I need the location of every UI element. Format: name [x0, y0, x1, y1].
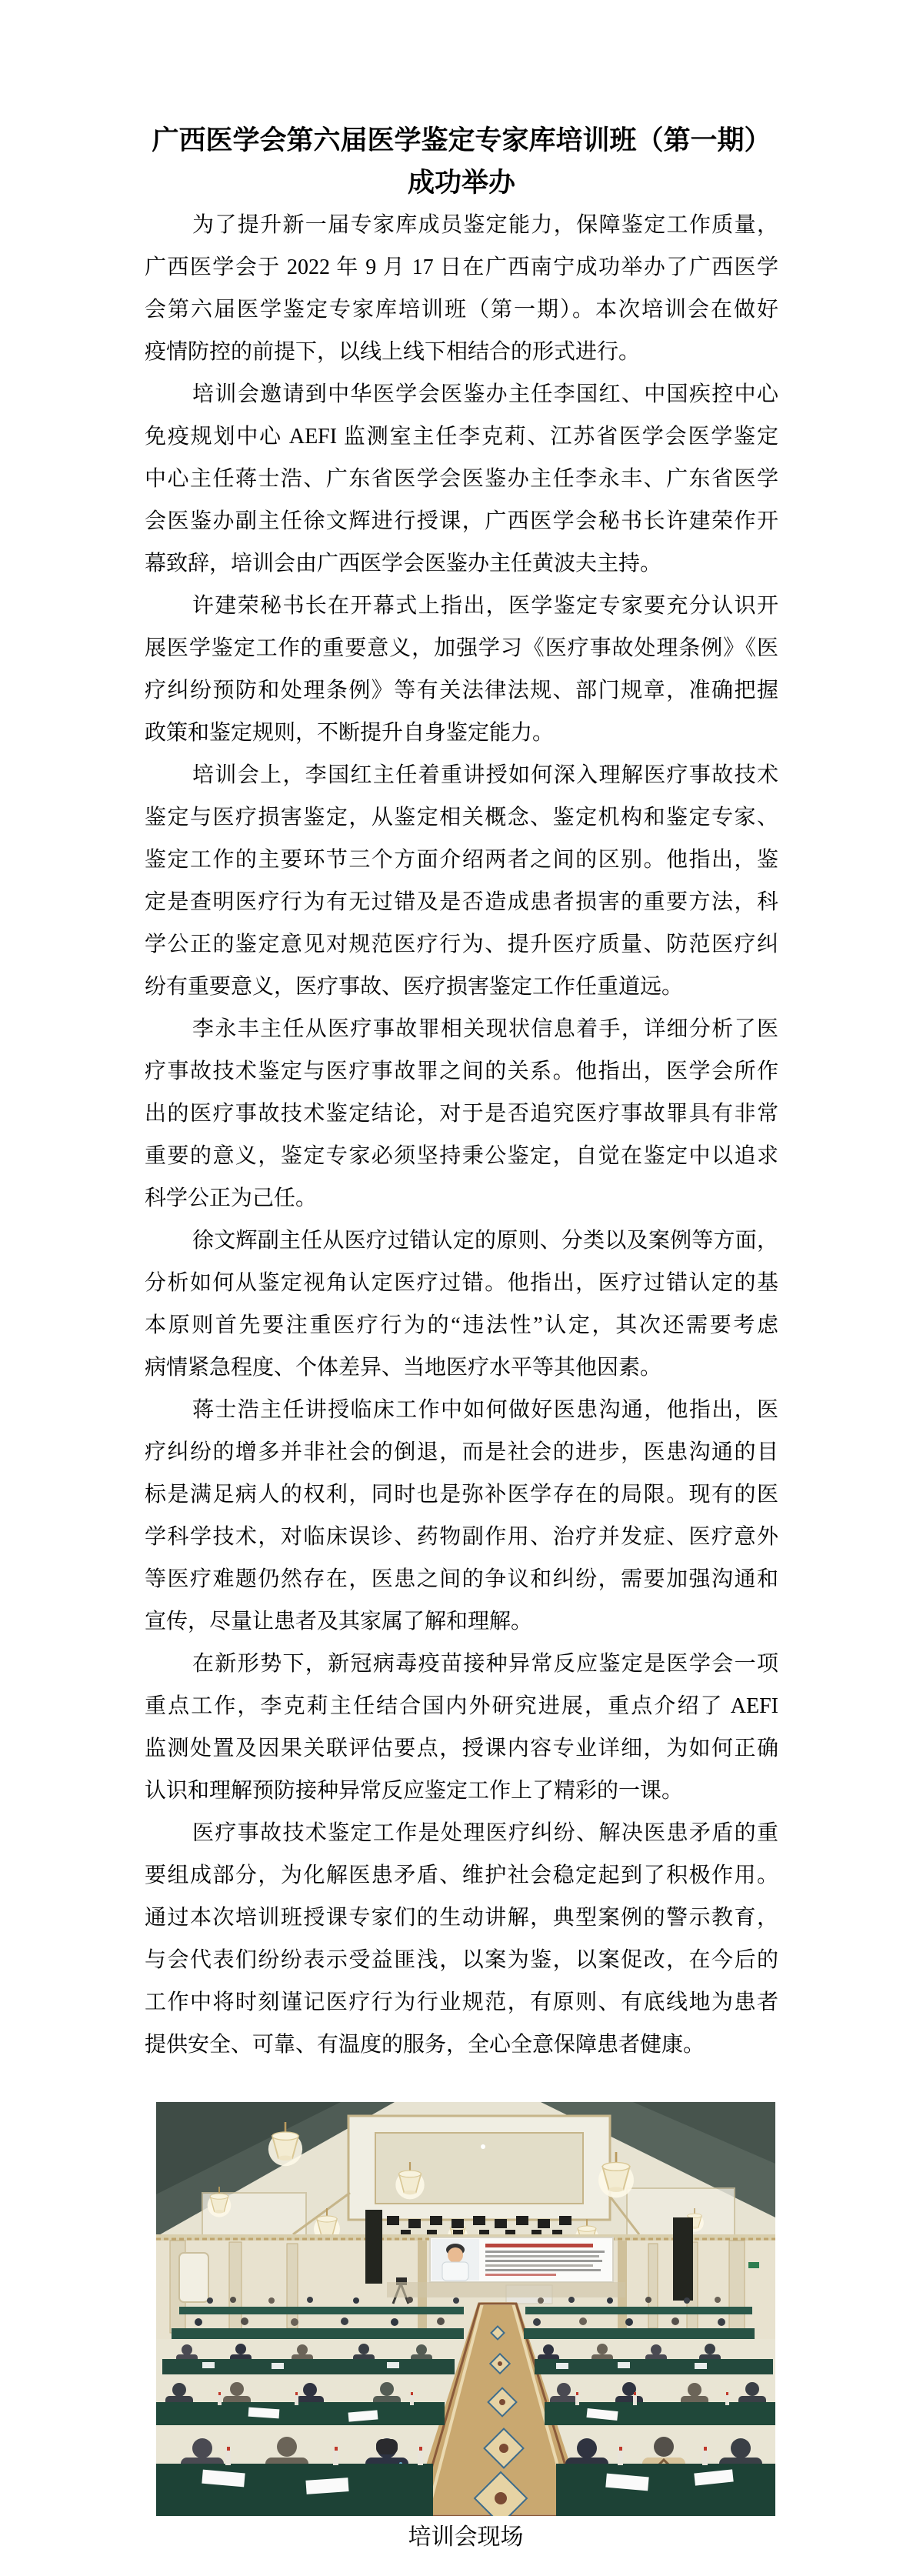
article: 广西医学会第六届医学鉴定专家库培训班（第一期）成功举办 为了提升新一届专家库成员… — [0, 0, 923, 2558]
text-line: 本原则首先要注重医疗行为的“违法性”认定，其次还需要考虑 — [145, 1304, 778, 1346]
text-line: 为了提升新一届专家库成员鉴定能力，保障鉴定工作质量， — [145, 204, 778, 246]
paragraph: 许建荣秘书长在开幕式上指出，医学鉴定专家要充分认识开展医学鉴定工作的重要意义，加… — [145, 585, 778, 754]
text-line: 重点工作，李克莉主任结合国内外研究进展，重点介绍了 AEFI — [145, 1685, 778, 1727]
text-line: 广西医学会于 2022 年 9 月 17 日在广西南宁成功举办了广西医学 — [145, 246, 778, 289]
text-line: 政策和鉴定规则，不断提升自身鉴定能力。 — [145, 712, 778, 754]
text-line: 监测处置及因果关联评估要点，授课内容专业详细，为如何正确 — [145, 1727, 778, 1770]
photo-caption: 培训会现场 — [156, 2516, 775, 2558]
text-line: 李永丰主任从医疗事故罪相关现状信息着手，详细分析了医 — [145, 1008, 778, 1050]
text-line: 鉴定工作的主要环节三个方面介绍两者之间的区别。他指出，鉴 — [145, 839, 778, 881]
article-body: 为了提升新一届专家库成员鉴定能力，保障鉴定工作质量，广西医学会于 2022 年 … — [145, 204, 778, 2066]
text-line: 幕致辞，培训会由广西医学会医鉴办主任黄波夫主持。 — [145, 542, 778, 585]
text-line: 展医学鉴定工作的重要意义，加强学习《医疗事故处理条例》《医 — [145, 627, 778, 669]
text-line: 学科学技术，对临床误诊、药物副作用、治疗并发症、医疗意外 — [145, 1516, 778, 1558]
text-line: 与会代表们纷纷表示受益匪浅，以案为鉴，以案促改，在今后的 — [145, 1939, 778, 1981]
text-line: 中心主任蒋士浩、广东省医学会医鉴办主任李永丰、广东省医学 — [145, 458, 778, 500]
text-line: 病情紧急程度、个体差异、当地医疗水平等其他因素。 — [145, 1346, 778, 1389]
text-line: 定是查明医疗行为有无过错及是否造成患者损害的重要方法，科 — [145, 881, 778, 923]
photo-figure: 培训会现场 — [156, 2102, 775, 2558]
text-line: 培训会邀请到中华医学会医鉴办主任李国红、中国疾控中心 — [145, 373, 778, 415]
text-line: 会第六届医学鉴定专家库培训班（第一期）。本次培训会在做好 — [145, 289, 778, 331]
text-line: 提供安全、可靠、有温度的服务，全心全意保障患者健康。 — [145, 2024, 778, 2066]
text-line: 医疗事故技术鉴定工作是处理医疗纠纷、解决医患矛盾的重 — [145, 1812, 778, 1854]
paragraph: 在新形势下，新冠病毒疫苗接种异常反应鉴定是医学会一项重点工作，李克莉主任结合国内… — [145, 1643, 778, 1812]
text-line: 鉴定与医疗损害鉴定，从鉴定相关概念、鉴定机构和鉴定专家、 — [145, 796, 778, 839]
text-line: 认识和理解预防接种异常反应鉴定工作上了精彩的一课。 — [145, 1770, 778, 1812]
text-line: 学公正的鉴定意见对规范医疗行为、提升医疗质量、防范医疗纠 — [145, 923, 778, 966]
text-line: 徐文辉副主任从医疗过错认定的原则、分类以及案例等方面， — [145, 1220, 778, 1262]
text-line: 许建荣秘书长在开幕式上指出，医学鉴定专家要充分认识开 — [145, 585, 778, 627]
conference-photo — [156, 2102, 775, 2516]
page-title: 广西医学会第六届医学鉴定专家库培训班（第一期）成功举办 — [145, 119, 778, 204]
paragraph: 李永丰主任从医疗事故罪相关现状信息着手，详细分析了医疗事故技术鉴定与医疗事故罪之… — [145, 1008, 778, 1220]
paragraph: 为了提升新一届专家库成员鉴定能力，保障鉴定工作质量，广西医学会于 2022 年 … — [145, 204, 778, 373]
text-line: 培训会上，李国红主任着重讲授如何深入理解医疗事故技术 — [145, 754, 778, 796]
title-line: 广西医学会第六届医学鉴定专家库培训班（第一期） — [145, 119, 778, 162]
text-line: 科学公正为己任。 — [145, 1177, 778, 1220]
text-line: 免疫规划中心 AEFI 监测室主任李克莉、江苏省医学会医学鉴定 — [145, 415, 778, 458]
text-line: 要组成部分，为化解医患矛盾、维护社会稳定起到了积极作用。 — [145, 1854, 778, 1897]
text-line: 重要的意义，鉴定专家必须坚持秉公鉴定，自觉在鉴定中以追求 — [145, 1135, 778, 1177]
paragraph: 培训会邀请到中华医学会医鉴办主任李国红、中国疾控中心免疫规划中心 AEFI 监测… — [145, 373, 778, 585]
text-line: 等医疗难题仍然存在，医患之间的争议和纠纷，需要加强沟通和 — [145, 1558, 778, 1600]
text-line: 会医鉴办副主任徐文辉进行授课，广西医学会秘书长许建荣作开 — [145, 500, 778, 542]
paragraph: 徐文辉副主任从医疗过错认定的原则、分类以及案例等方面，分析如何从鉴定视角认定医疗… — [145, 1220, 778, 1389]
training-photo-illustration — [156, 2102, 775, 2516]
text-line: 疗纠纷的增多并非社会的倒退，而是社会的进步，医患沟通的目 — [145, 1431, 778, 1473]
paragraph: 蒋士浩主任讲授临床工作中如何做好医患沟通，他指出，医疗纠纷的增多并非社会的倒退，… — [145, 1389, 778, 1643]
paragraph: 医疗事故技术鉴定工作是处理医疗纠纷、解决医患矛盾的重要组成部分，为化解医患矛盾、… — [145, 1812, 778, 2066]
text-line: 在新形势下，新冠病毒疫苗接种异常反应鉴定是医学会一项 — [145, 1643, 778, 1685]
text-line: 通过本次培训班授课专家们的生动讲解，典型案例的警示教育， — [145, 1897, 778, 1939]
text-line: 蒋士浩主任讲授临床工作中如何做好医患沟通，他指出，医 — [145, 1389, 778, 1431]
text-line: 出的医疗事故技术鉴定结论，对于是否追究医疗事故罪具有非常 — [145, 1093, 778, 1135]
text-line: 疗事故技术鉴定与医疗事故罪之间的关系。他指出，医学会所作 — [145, 1050, 778, 1093]
text-line: 分析如何从鉴定视角认定医疗过错。他指出，医疗过错认定的基 — [145, 1262, 778, 1304]
text-line: 疫情防控的前提下，以线上线下相结合的形式进行。 — [145, 331, 778, 373]
text-line: 工作中将时刻谨记医疗行为行业规范，有原则、有底线地为患者 — [145, 1981, 778, 2024]
text-line: 标是满足病人的权利，同时也是弥补医学存在的局限。现有的医 — [145, 1473, 778, 1516]
text-line: 纷有重要意义，医疗事故、医疗损害鉴定工作任重道远。 — [145, 966, 778, 1008]
text-line: 疗纠纷预防和处理条例》等有关法律法规、部门规章，准确把握 — [145, 669, 778, 712]
document-page: 广西医学会第六届医学鉴定专家库培训班（第一期）成功举办 为了提升新一届专家库成员… — [0, 0, 923, 2558]
paragraph: 培训会上，李国红主任着重讲授如何深入理解医疗事故技术鉴定与医疗损害鉴定，从鉴定相… — [145, 754, 778, 1008]
title-line: 成功举办 — [145, 162, 778, 204]
text-line: 宣传，尽量让患者及其家属了解和理解。 — [145, 1600, 778, 1643]
